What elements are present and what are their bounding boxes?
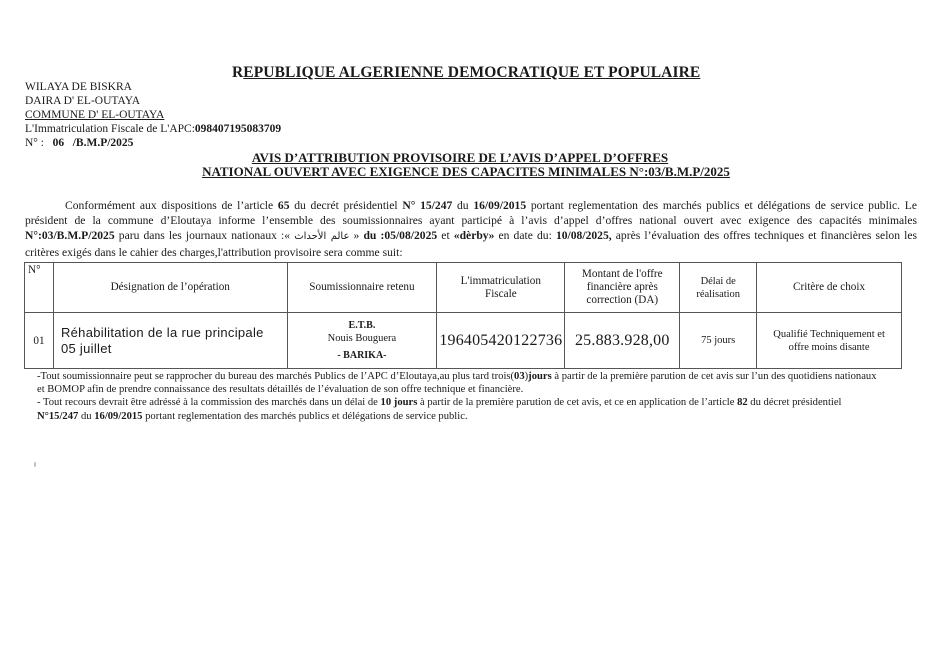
cell-criterion: Qualifié Techniquement etoffre moins dis…	[757, 313, 902, 369]
note-consultation-cont: et BOMOP afin de prendre connaissance de…	[37, 383, 917, 396]
criterion-line: offre moins disante	[757, 341, 901, 354]
article-number: 65	[278, 199, 290, 212]
newspaper-1: عالم الأحداث	[294, 231, 349, 242]
note-text: à partir de la première parution de cet …	[417, 397, 737, 408]
cell-no: 01	[25, 313, 54, 369]
notice-title: AVIS D’ATTRIBUTION PROVISOIRE DE L’AVIS …	[0, 151, 934, 179]
intro-text: Conformément aux dispositions de l’artic…	[65, 199, 278, 212]
cell-amount: 25.883.928,00	[565, 313, 680, 369]
note-text: du	[78, 411, 94, 422]
note-appeal-delay: 10 jours	[381, 397, 418, 408]
note-decree: N°15/247	[37, 411, 78, 422]
reference-number: N° : 06 /B.M.P/2025	[25, 136, 281, 150]
notice-title-line-1: AVIS D’ATTRIBUTION PROVISOIRE DE L’AVIS …	[0, 151, 934, 165]
note-appeal: - Tout recours devrait être adréssé à la…	[37, 396, 917, 409]
criterion-line: Qualifié Techniquement et	[757, 328, 901, 341]
note-days-unit: jours	[528, 371, 552, 382]
header-amount-line: financière après	[565, 281, 679, 294]
tender-reference: N°:03/B.M.P/2025	[25, 229, 115, 242]
republic-heading: REPUBLIQUE ALGERIENNE DEMOCRATIQUE ET PO…	[232, 64, 700, 82]
apc-fiscal-id: L'Immatriculation Fiscale de L'APC:09840…	[25, 122, 281, 136]
notes-block: -Tout soumissionnaire peut se rapprocher…	[37, 370, 917, 423]
newspaper-2-date: 10/08/2025,	[556, 229, 612, 242]
cell-delay: 75 jours	[680, 313, 757, 369]
header-fiscal-id-line: L'immatriculation	[437, 275, 564, 288]
decree-number: N° 15/247	[402, 199, 452, 212]
apc-fiscal-id-value: 098407195083709	[195, 123, 281, 135]
note-days: 03	[514, 371, 525, 382]
note-consultation: -Tout soumissionnaire peut se rapprocher…	[37, 370, 917, 383]
republic-heading-rest: EPUBLIQUE ALGERIENNE DEMOCRATIQUE ET POP…	[243, 64, 700, 81]
apc-fiscal-id-label: L'Immatriculation Fiscale de L'APC:	[25, 123, 195, 135]
header-delay-line: réalisation	[680, 288, 756, 301]
header-amount: Montant de l'offrefinancière aprèscorrec…	[565, 263, 680, 313]
header-criterion: Critère de choix	[757, 263, 902, 313]
cell-soumissionnaire: E.T.B.Nouis Bouguera- BARIKA-	[287, 313, 437, 369]
table-row: 01 Réhabilitation de la rue principale05…	[25, 313, 902, 369]
company-type: E.T.B.	[288, 319, 437, 332]
cell-fiscal-id: 196405420122736	[437, 313, 565, 369]
newspaper-2: «dèrby»	[454, 229, 495, 242]
scan-artifact	[34, 462, 36, 467]
header-delay: Délai deréalisation	[680, 263, 757, 313]
header-soumissionnaire: Soumissionnaire retenu	[287, 263, 437, 313]
commune: COMMUNE D' EL-OUTAYA	[25, 108, 281, 122]
reference-suffix: /B.M.P/2025	[73, 137, 134, 149]
note-decree-date: 16/09/2015	[94, 411, 142, 422]
note-appeal-cont: N°15/247 du 16/09/2015 portant reglement…	[37, 410, 917, 423]
note-text: portant reglementation des marchés publi…	[142, 411, 467, 422]
intro-paragraph: Conformément aux dispositions de l’artic…	[25, 198, 917, 260]
note-text: à partir de la première parution de cet …	[552, 371, 877, 382]
republic-heading-initial: R	[232, 64, 243, 81]
notice-title-line-2: NATIONAL OUVERT AVEC EXIGENCE DES CAPACI…	[0, 165, 934, 179]
intro-text: en date du:	[494, 229, 556, 242]
designation-line: Réhabilitation de la rue principale	[61, 325, 287, 341]
intro-text: et	[437, 229, 454, 242]
header-delay-line: Délai de	[680, 275, 756, 288]
header-no: N°	[25, 263, 54, 313]
header-fiscal-id: L'immatriculationFiscale	[437, 263, 565, 313]
intro-text: du decrét présidentiel	[290, 199, 403, 212]
header-designation: Désignation de l’opération	[53, 263, 287, 313]
header-fiscal-id-line: Fiscale	[437, 288, 564, 301]
award-table: N° Désignation de l’opération Soumission…	[24, 262, 902, 369]
issuer-block: WILAYA DE BISKRA DAIRA D' EL-OUTAYA COMM…	[25, 80, 281, 150]
decree-date: 16/09/2015	[473, 199, 526, 212]
cell-designation: Réhabilitation de la rue principale05 ju…	[53, 313, 287, 369]
company-city: - BARIKA-	[288, 349, 437, 362]
note-text: - Tout recours devrait être adréssé à la…	[37, 397, 381, 408]
reference-value: 06	[53, 137, 65, 149]
newspaper-1-date: du :05/08/2025	[363, 229, 437, 242]
designation-line: 05 juillet	[61, 341, 287, 357]
daira: DAIRA D' EL-OUTAYA	[25, 94, 281, 108]
intro-text: »	[349, 229, 363, 242]
note-text: -Tout soumissionnaire peut se rapprocher…	[37, 371, 514, 382]
company-name: Nouis Bouguera	[288, 332, 437, 345]
table-header-row: N° Désignation de l’opération Soumission…	[25, 263, 902, 313]
intro-text: paru dans les journaux nationaux :«	[115, 229, 295, 242]
note-article: 82	[737, 397, 748, 408]
header-amount-line: correction (DA)	[565, 294, 679, 307]
reference-label: N° :	[25, 137, 44, 149]
intro-text: du	[452, 199, 473, 212]
note-text: du décret présidentiel	[748, 397, 842, 408]
header-amount-line: Montant de l'offre	[565, 268, 679, 281]
wilaya: WILAYA DE BISKRA	[25, 80, 281, 94]
